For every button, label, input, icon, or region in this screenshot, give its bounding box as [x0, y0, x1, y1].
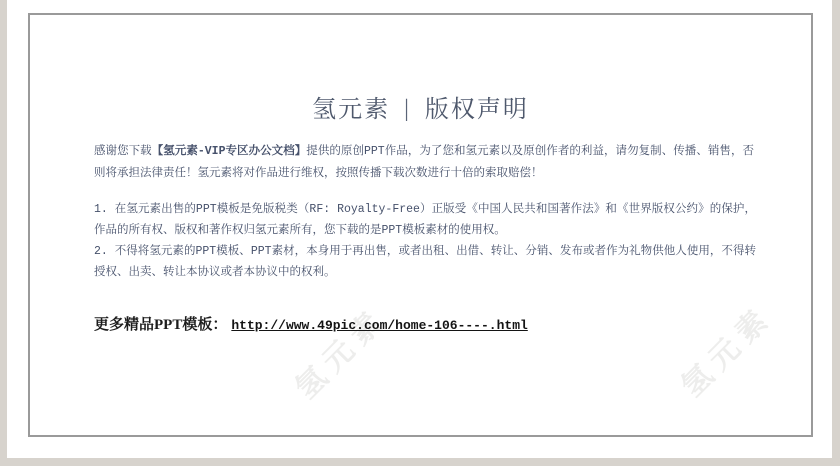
page-title: 版权声明: [425, 89, 529, 124]
more-templates-label: 更多精品PPT模板：: [94, 313, 227, 334]
presentation-workspace: 氢元素 氢元素 氢元素 | 版权声明 感谢您下载【氢元素-VIP专区办公文档】提…: [0, 0, 840, 466]
brand-watermark: 氢元素: [669, 293, 781, 405]
slide-title: 氢元素 | 版权声明: [30, 89, 811, 124]
license-terms: 1. 在氢元素出售的PPT模板是免版税类（RF: Royalty-Free）正版…: [94, 199, 756, 283]
workspace-margin-bottom: [0, 458, 840, 466]
more-templates-line: 更多精品PPT模板： http://www.49pic.com/home-106…: [94, 313, 528, 334]
more-templates-link[interactable]: http://www.49pic.com/home-106----.html: [231, 318, 527, 333]
intro-paragraph: 感谢您下载【氢元素-VIP专区办公文档】提供的原创PPT作品，为了您和氢元素以及…: [94, 141, 754, 185]
workspace-margin-left: [0, 0, 7, 466]
term-item-2: 2. 不得将氢元素的PPT模板、PPT素材，本身用于再出售，或者出租、出借、转让…: [94, 241, 756, 283]
workspace-margin-right: [832, 0, 840, 466]
term-item-1: 1. 在氢元素出售的PPT模板是免版税类（RF: Royalty-Free）正版…: [94, 199, 756, 241]
brand-watermark: 氢元素: [283, 295, 395, 407]
brand-name: 氢元素: [312, 89, 390, 124]
slide-canvas: 氢元素 氢元素 氢元素 | 版权声明 感谢您下载【氢元素-VIP专区办公文档】提…: [28, 13, 813, 437]
intro-prefix: 感谢您下载: [94, 145, 152, 158]
title-separator-bar: |: [404, 96, 411, 123]
intro-package-name: 【氢元素-VIP专区办公文档】: [152, 145, 307, 158]
